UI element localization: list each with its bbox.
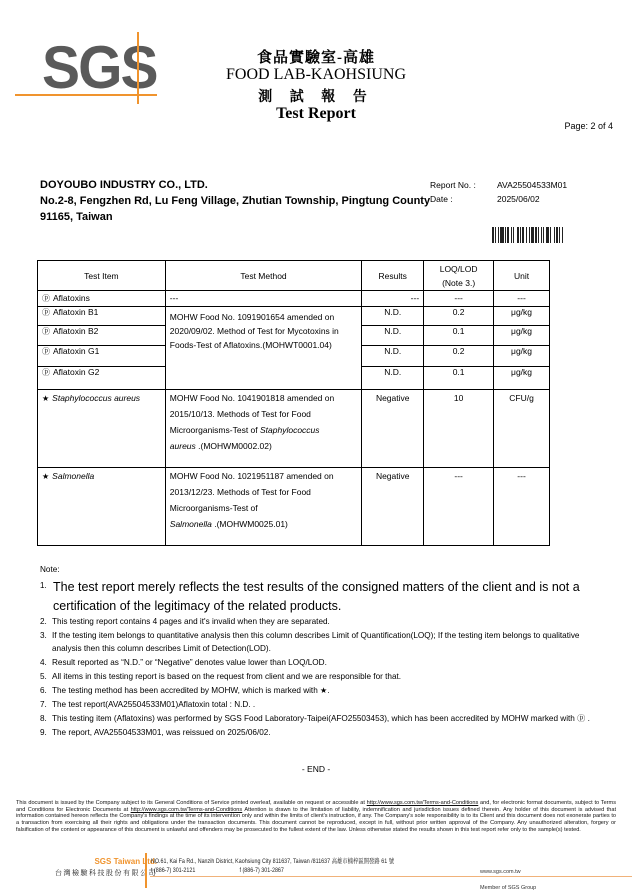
date-value: 2025/06/02 (497, 192, 540, 206)
table-header-row: Test Item Test Method Results LOQ/LOD (N… (38, 261, 550, 291)
unit: μg/kg (494, 346, 550, 367)
table-row: ⓟAflatoxin B1 MOHW Food No. 1091901654 a… (38, 307, 550, 326)
table-row: ★Staphylococcus aureus MOHW Food No. 104… (38, 390, 550, 468)
test-method: MOHW Food No. 1021951187 amended on 2013… (165, 468, 361, 546)
test-item: ⓟAflatoxin B1 (38, 307, 166, 326)
report-title-en: Test Report (0, 105, 632, 123)
result: --- (362, 291, 424, 307)
company-name-cn: 台灣檢驗科技股份有限公司 (55, 868, 157, 878)
accreditation-p-icon: ⓟ (42, 347, 50, 356)
client-name: DOYOUBO INDUSTRY CO., LTD. (40, 177, 430, 193)
unit: μg/kg (494, 307, 550, 326)
loq: 0.2 (424, 307, 494, 326)
header-test-method: Test Method (165, 261, 361, 291)
end-marker: - END - (0, 764, 632, 774)
client-block: DOYOUBO INDUSTRY CO., LTD. No.2-8, Fengz… (40, 177, 430, 225)
note-item: 2. This testing report contains 4 pages … (40, 616, 600, 629)
unit: μg/kg (494, 367, 550, 390)
result: N.D. (362, 367, 424, 390)
unit: CFU/g (494, 390, 550, 468)
footer-phone: t (886-7) 301-2121 (151, 867, 195, 874)
header-loq-lod: LOQ/LOD (Note 3.) (424, 261, 494, 291)
test-item: ⓟAflatoxin G1 (38, 346, 166, 367)
barcode (492, 227, 594, 243)
result: Negative (362, 390, 424, 468)
test-item: ⓟAflatoxin G2 (38, 367, 166, 390)
date-label: Date : (430, 192, 497, 206)
note-item: 8. This testing item (Aflatoxins) was pe… (40, 713, 600, 726)
results-table: Test Item Test Method Results LOQ/LOD (N… (37, 260, 550, 546)
footer-member: Member of SGS Group (480, 885, 536, 891)
note-item: 6. The testing method has been accredite… (40, 685, 600, 698)
note-item: 3. If the testing item belongs to quanti… (40, 630, 600, 655)
accreditation-p-icon: ⓟ (42, 368, 50, 377)
unit: μg/kg (494, 326, 550, 346)
footer-contact: t (886-7) 301-2121f (886-7) 301-2867 (151, 867, 284, 874)
legal-disclaimer: This document is issued by the Company s… (16, 800, 616, 834)
report-title-cn: 測 試 報 告 (0, 86, 632, 106)
note-item: 9. The report, AVA25504533M01, was reiss… (40, 727, 600, 740)
electronic-terms-link[interactable]: http://www.sgs.com.tw/Terms-and-Conditio… (131, 807, 243, 813)
table-row: ★Salmonella MOHW Food No. 1021951187 ame… (38, 468, 550, 546)
test-method-aflatoxins: MOHW Food No. 1091901654 amended on 2020… (165, 307, 361, 390)
note-item: 1. The test report merely reflects the t… (40, 578, 600, 616)
unit: --- (494, 291, 550, 307)
result: N.D. (362, 326, 424, 346)
table-row: ⓟAflatoxins --- --- --- --- (38, 291, 550, 307)
report-no-label: Report No. : (430, 178, 497, 192)
loq: 0.1 (424, 367, 494, 390)
loq: 10 (424, 390, 494, 468)
header-unit: Unit (494, 261, 550, 291)
loq: --- (424, 291, 494, 307)
note-item: 5. All items in this testing report is b… (40, 671, 600, 684)
note-item: 4. Result reported as “N.D.” or “Negativ… (40, 657, 600, 670)
loq: 0.1 (424, 326, 494, 346)
test-item: ⓟAflatoxin B2 (38, 326, 166, 346)
accreditation-p-icon: ⓟ (42, 327, 50, 336)
unit: --- (494, 468, 550, 546)
test-method: --- (165, 291, 361, 307)
test-item: ★Staphylococcus aureus (38, 390, 166, 468)
accreditation-p-icon: ⓟ (42, 294, 50, 303)
footer-address: NO.61, Kai Fa Rd., Nanzih District, Kaoh… (151, 856, 394, 865)
note-item: 7. The test report(AVA25504533M01)Aflato… (40, 699, 600, 712)
terms-link[interactable]: http://www.sgs.com.tw/Terms-and-Conditio… (367, 800, 479, 806)
header-results: Results (362, 261, 424, 291)
notes-section: Note: 1. The test report merely reflects… (40, 565, 600, 741)
result: N.D. (362, 346, 424, 367)
loq: --- (424, 468, 494, 546)
company-name-en: SGS Taiwan Ltd. (55, 857, 157, 866)
test-item: ⓟAflatoxins (38, 291, 166, 307)
footer-fax: f (886-7) 301-2867 (240, 867, 284, 874)
client-address-line1: No.2-8, Fengzhen Rd, Lu Feng Village, Zh… (40, 193, 430, 209)
accreditation-p-icon: ⓟ (42, 308, 50, 317)
report-meta: Report No. : AVA25504533M01 Date : 2025/… (430, 178, 567, 206)
client-address-line2: 91165, Taiwan (40, 209, 430, 225)
header-test-item: Test Item (38, 261, 166, 291)
footer-company: SGS Taiwan Ltd. 台灣檢驗科技股份有限公司 (55, 857, 157, 878)
notes-title: Note: (40, 565, 600, 574)
report-no-value: AVA25504533M01 (497, 178, 567, 192)
footer-website[interactable]: www.sgs.com.tw (480, 869, 521, 875)
mohw-star-icon: ★ (42, 472, 49, 481)
lab-name-cn: 食品實驗室-高雄 (0, 46, 632, 67)
lab-name-en: FOOD LAB-KAOHSIUNG (0, 66, 632, 84)
test-item: ★Salmonella (38, 468, 166, 546)
footer-rule (150, 876, 632, 877)
footer-divider (145, 853, 147, 888)
mohw-star-icon: ★ (42, 394, 49, 403)
result: N.D. (362, 307, 424, 326)
test-method: MOHW Food No. 1041901818 amended on 2015… (165, 390, 361, 468)
result: Negative (362, 468, 424, 546)
loq: 0.2 (424, 346, 494, 367)
page-number: Page: 2 of 4 (564, 121, 613, 131)
